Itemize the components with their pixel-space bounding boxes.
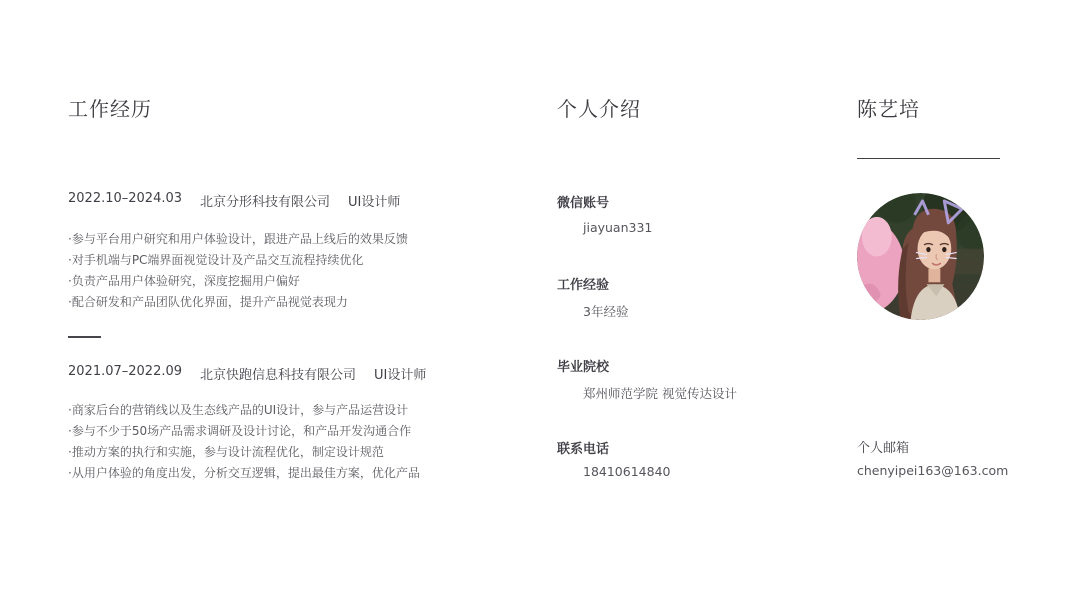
- job-bullet: ·参与不少于50场产品需求调研及设计讨论，和产品开发沟通合作: [68, 421, 420, 442]
- field-label-wechat: 微信账号: [557, 192, 609, 211]
- work-history-title: 工作经历: [68, 96, 152, 122]
- job-divider: [68, 336, 101, 338]
- job-bullet: ·负责产品用户体验研究，深度挖掘用户偏好: [68, 271, 408, 292]
- job-entry-header: 2021.07–2022.09 北京快跑信息科技有限公司 UI设计师: [68, 364, 426, 383]
- job-role: UI设计师: [348, 191, 400, 210]
- field-value-wechat: jiayuan331: [583, 220, 652, 235]
- field-value-experience: 3年经验: [583, 302, 628, 320]
- field-value-school: 郑州师范学院 视觉传达设计: [583, 384, 737, 402]
- avatar: [857, 193, 984, 320]
- profile-section: 个人介绍 微信账号 jiayuan331 工作经验 3年经验 毕业院校 郑州师范…: [557, 0, 837, 600]
- job-bullet: ·对手机端与PC端界面视觉设计及产品交互流程持续优化: [68, 250, 408, 271]
- job-company: 北京快跑信息科技有限公司: [200, 364, 356, 383]
- job-bullet: ·参与平台用户研究和用户体验设计，跟进产品上线后的效果反馈: [68, 229, 408, 250]
- profile-title: 个人介绍: [557, 96, 641, 122]
- field-value-phone: 18410614840: [583, 464, 670, 479]
- portrait-photo-illustration: [857, 193, 984, 320]
- name-underline: [857, 158, 1000, 159]
- person-name: 陈艺培: [857, 96, 920, 122]
- field-label-phone: 联系电话: [557, 438, 609, 457]
- job-company: 北京分形科技有限公司: [200, 191, 330, 210]
- job-period: 2022.10–2024.03: [68, 191, 182, 210]
- job-period: 2021.07–2022.09: [68, 364, 182, 383]
- job-bullet-list: ·参与平台用户研究和用户体验设计，跟进产品上线后的效果反馈 ·对手机端与PC端界…: [68, 229, 408, 313]
- email-value: chenyipei163@163.com: [857, 463, 1008, 478]
- job-bullet: ·推动方案的执行和实施，参与设计流程优化，制定设计规范: [68, 442, 420, 463]
- job-bullet-list: ·商家后台的营销线以及生态线产品的UI设计，参与产品运营设计 ·参与不少于50场…: [68, 400, 420, 484]
- job-bullet: ·配合研发和产品团队优化界面，提升产品视觉表现力: [68, 292, 408, 313]
- work-history-section: 工作经历 2022.10–2024.03 北京分形科技有限公司 UI设计师 ·参…: [68, 0, 498, 600]
- job-bullet: ·商家后台的营销线以及生态线产品的UI设计，参与产品运营设计: [68, 400, 420, 421]
- email-label: 个人邮箱: [857, 437, 909, 456]
- job-bullet: ·从用户体验的角度出发，分析交互逻辑，提出最佳方案，优化产品: [68, 463, 420, 484]
- job-role: UI设计师: [374, 364, 426, 383]
- field-label-experience: 工作经验: [557, 274, 609, 293]
- identity-section: 陈艺培: [857, 0, 1017, 600]
- job-entry-header: 2022.10–2024.03 北京分形科技有限公司 UI设计师: [68, 191, 400, 210]
- resume-page: 工作经历 2022.10–2024.03 北京分形科技有限公司 UI设计师 ·参…: [0, 0, 1067, 600]
- field-label-school: 毕业院校: [557, 356, 609, 375]
